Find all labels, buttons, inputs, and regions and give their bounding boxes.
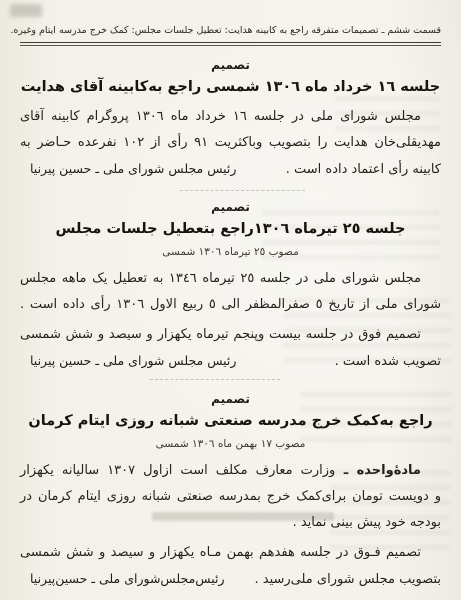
decision-section-recess: تصمیم جلسه ٢٥ تیرماه ١٣٠٦راجع بتعطیل جلس… [20,199,441,375]
section-subtitle: مصوب ٢٥ تیرماه ١٣٠٦ شمسی [20,245,441,259]
section-subtitle: مصوب ١٧ بهمن ماه ١٣٠٦ شمسی [20,437,441,451]
closing-text: بتصویب مجلس شورای ملی‌رسید . [254,567,441,593]
header-double-rule [20,42,441,46]
decision-kicker: تصمیم [20,391,441,408]
section-body: مادهٔ‌واحده ـ وزارت معارف مکلف است ازاول… [20,458,441,536]
closing-text: کابینه رأی اعتماد داده است . [286,157,441,183]
section-title: جلسه ٢٥ تیرماه ١٣٠٦راجع بتعطیل جلسات مجل… [20,219,441,239]
closing-line: تصویب شده است . رئیس مجلس شورای ملی ـ حس… [20,348,441,375]
closing-line: بتصویب مجلس شورای ملی‌رسید . رئیس‌مجلس‌ش… [20,566,441,593]
section-title: راجع به‌کمک خرج مدرسه صنعتی شبانه روزی ا… [20,411,441,431]
scanned-document-page: قسمت ششم ـ تصمیمات متفرقه راجع به کابینه… [0,0,461,600]
decision-kicker: تصمیم [20,199,441,216]
body-line: شورای ملی از تاریخ ٥ صفرالمظفر الی ٥ ربی… [20,292,441,318]
ratification-line: تصمیم فوق در جلسه بیست وپنجم تیرماه یکهز… [20,322,441,348]
closing-line: کابینه رأی اعتماد داده است . رئیس مجلس ش… [20,156,441,183]
ratification-paragraph: تصمیم فـوق در جلسه هفدهم بهمن مـاه یکهزا… [20,540,441,593]
signature: رئیس‌مجلس‌شورای ملی ـ حسین‌پیرنیا [20,566,225,592]
section-body: مجلس شورای ملی در جلسه ٢٥ تیرماه ١٣٤٦ به… [20,266,441,318]
body-line: مجلس شورای ملی در جلسه ١٦ خرداد ماه ١٣٠٦… [20,104,441,130]
body-line: مجلس شورای ملی در جلسه ٢٥ تیرماه ١٣٤٦ به… [20,266,441,292]
ratification-paragraph: تصمیم فوق در جلسه بیست وپنجم تیرماه یکهز… [20,322,441,375]
signature: رئیس مجلس شورای ملی ـ حسین پیرنیا [20,348,236,374]
section-body: مجلس شورای ملی در جلسه ١٦ خرداد ماه ١٣٠٦… [20,104,441,183]
body-line: بودجه خود پیش بینی نماید . [20,510,441,536]
closing-text: تصویب شده است . [335,349,441,375]
body-text: وزارت معارف مکلف است ازاول ١٣٠٧ سالیانه … [20,463,335,478]
signature: رئیس مجلس شورای ملی ـ حسین پیرنیا [20,156,236,182]
section-title: جلسه ١٦ خرداد ماه ١٣٠٦ شمسی راجع به‌کابی… [20,77,441,97]
ratification-line: تصمیم فـوق در جلسه هفدهم بهمن مـاه یکهزا… [20,540,441,566]
decision-kicker: تصمیم [20,57,441,74]
running-header: قسمت ششم ـ تصمیمات متفرقه راجع به کابینه… [20,24,441,37]
decision-section-cabinet: تصمیم جلسه ١٦ خرداد ماه ١٣٠٦ شمسی راجع ب… [20,57,441,183]
body-line: و دویست تومان برای‌کمک خرج بمدرسه صنعتی … [20,484,441,510]
decision-section-school-subsidy: تصمیم راجع به‌کمک خرج مدرسه صنعتی شبانه … [20,391,441,593]
body-line: مادهٔ‌واحده ـ وزارت معارف مکلف است ازاول… [20,458,441,484]
page-content: قسمت ششم ـ تصمیمات متفرقه راجع به کابینه… [0,0,461,593]
body-line: مهدیقلی‌خان هدایت را بتصویب وباکثریت ٩١ … [20,130,441,156]
article-label: مادهٔ‌واحده ـ [335,463,421,478]
